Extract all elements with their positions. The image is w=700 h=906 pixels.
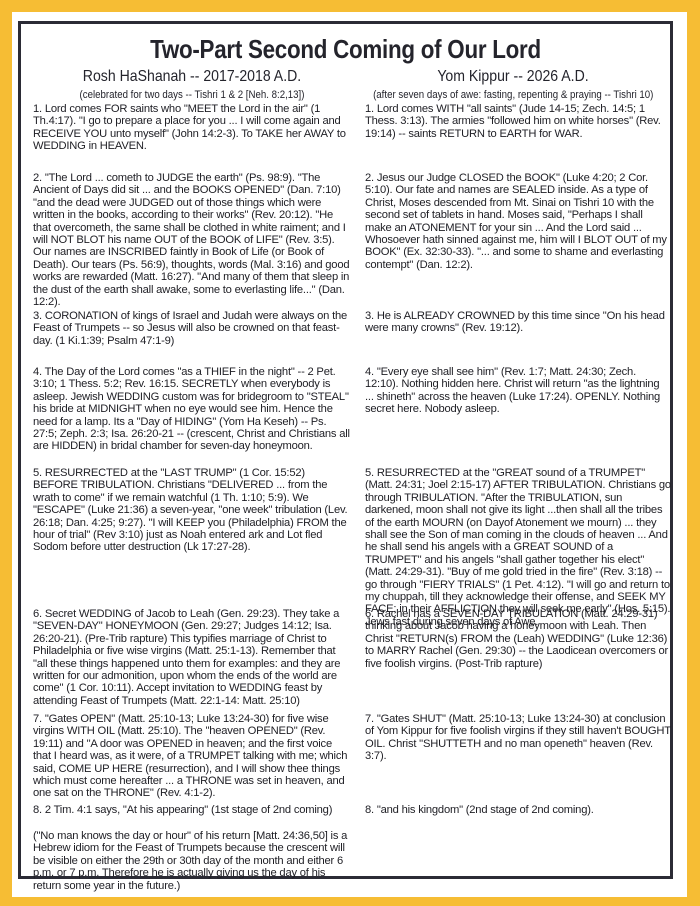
right-item-1: 1. Lord comes WITH "all saints" (Jude 14… [365,103,671,140]
right-item-7: 7. "Gates SHUT" (Matt. 25:10-13; Luke 13… [365,713,671,763]
column-subheading-right: (after seven days of awe: fasting, repen… [373,89,653,101]
page-title: Two-Part Second Coming of Our Lord [66,34,624,65]
left-item-2: 2. "The Lord ... cometh to JUDGE the ear… [33,172,351,308]
left-item-4: 4. The Day of the Lord comes "as a THIEF… [33,366,351,453]
left-item-1: 1. Lord comes FOR saints who "MEET the L… [33,103,351,153]
left-item-8: 8. 2 Tim. 4:1 says, "At his appearing" (… [33,804,351,816]
left-item-7: 7. "Gates OPEN" (Matt. 25:10-13; Luke 13… [33,713,351,800]
right-item-2: 2. Jesus our Judge CLOSED the BOOK" (Luk… [365,172,671,271]
column-heading-left: Rosh HaShanah -- 2017-2018 A.D. [50,68,333,86]
column-subheading-left: (celebrated for two days -- Tishri 1 & 2… [50,89,333,101]
right-item-6: 6. Rachel has a SEVEN-DAY TRIBULATION (M… [365,608,671,670]
left-note: ("No man knows the day or hour" of his r… [33,830,351,892]
right-item-3: 3. He is ALREADY CROWNED by this time si… [365,310,671,335]
left-item-5: 5. RESURRECTED at the "LAST TRUMP" (1 Co… [33,467,351,554]
document-card: Two-Part Second Coming of Our Lord Rosh … [12,12,687,897]
yom-kippur-column: Yom Kippur -- 2026 A.D. (after seven day… [354,68,672,101]
right-item-4: 4. "Every eye shall see him" (Rev. 1:7; … [365,366,671,416]
document-frame: Two-Part Second Coming of Our Lord Rosh … [18,21,673,879]
left-item-6: 6. Secret WEDDING of Jacob to Leah (Gen.… [33,608,351,707]
left-item-3: 3. CORONATION of kings of Israel and Jud… [33,310,351,347]
right-item-5: 5. RESURRECTED at the "GREAT sound of a … [365,467,671,628]
column-heading-right: Yom Kippur -- 2026 A.D. [373,68,653,86]
right-item-8: 8. "and his kingdom" (2nd stage of 2nd c… [365,804,671,816]
rosh-hashanah-column: Rosh HaShanah -- 2017-2018 A.D. (celebra… [31,68,353,101]
